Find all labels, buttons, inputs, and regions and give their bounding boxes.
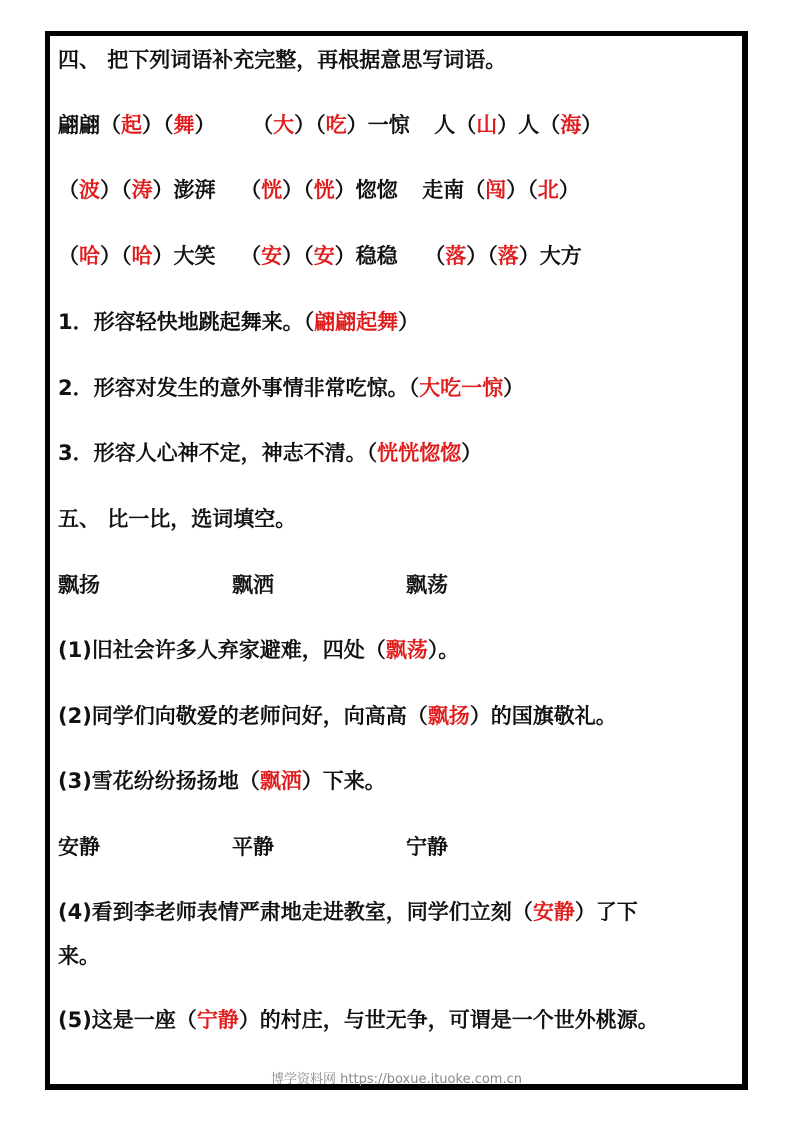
sentence-1: (1)旧社会许多人弃家避难，四处（飘荡）。 — [58, 636, 459, 664]
word-choice: 飘扬 — [58, 571, 100, 599]
idiom-row-1: 翩翩（起）（舞） （大）（吃）一惊 人（山）人（海） — [58, 111, 602, 139]
word-choice: 飘洒 — [232, 571, 274, 599]
idiom-2-3: 走南（闯）（北） — [422, 178, 580, 202]
watermark: 博学资料网 https://boxue.ituoke.com.cn — [0, 1068, 793, 1087]
idiom-1-3: 人（山）人（海） — [434, 113, 602, 137]
sentence-5: (5)这是一座（宁静）的村庄，与世无争，可谓是一个世外桃源。 — [58, 1006, 659, 1034]
answer: 翩翩起舞 — [314, 310, 398, 334]
answer: 安静 — [533, 900, 575, 924]
question-3: 3．形容人心神不定，神志不清。（恍恍惚惚） — [58, 439, 482, 467]
idiom-3-2: （安）（安）稳稳 — [240, 244, 398, 268]
idiom-2-2: （恍）（恍）惚惚 — [240, 178, 398, 202]
answer: 飘荡 — [386, 638, 428, 662]
idiom-1-2: （大）（吃）一惊 — [252, 113, 410, 137]
word-choices-1: 飘扬 飘洒 飘荡 — [58, 571, 658, 599]
sentence-3: (3)雪花纷纷扬扬地（飘洒）下来。 — [58, 767, 386, 795]
question-2: 2．形容对发生的意外事情非常吃惊。（大吃一惊） — [58, 374, 524, 402]
idiom-3-1: （哈）（哈）大笑 — [58, 244, 216, 268]
idiom-row-2: （波）（涛）澎湃 （恍）（恍）惚惚 走南（闯）（北） — [58, 176, 580, 204]
word-choice: 安静 — [58, 833, 100, 861]
word-choice: 飘荡 — [406, 571, 448, 599]
answer: 飘扬 — [428, 704, 470, 728]
word-choice: 宁静 — [406, 833, 448, 861]
word-choices-2: 安静 平静 宁静 — [58, 833, 658, 861]
idiom-3-3: （落）（落）大方 — [424, 244, 582, 268]
answer: 宁静 — [197, 1008, 239, 1032]
word-choice: 平静 — [232, 833, 274, 861]
idiom-row-3: （哈）（哈）大笑 （安）（安）稳稳 （落）（落）大方 — [58, 242, 582, 270]
idiom-1-1: 翩翩（起）（舞） — [58, 113, 216, 137]
answer: 飘洒 — [260, 769, 302, 793]
sentence-2: (2)同学们向敬爱的老师问好，向高高（飘扬）的国旗敬礼。 — [58, 702, 617, 730]
answer: 大吃一惊 — [419, 376, 503, 400]
question-1: 1．形容轻快地跳起舞来。（翩翩起舞） — [58, 308, 419, 336]
answer: 恍恍惚惚 — [377, 441, 461, 465]
sentence-4-continued: 来。 — [58, 942, 100, 970]
idiom-2-1: （波）（涛）澎湃 — [58, 178, 216, 202]
section-4-title: 四、 把下列词语补充完整，再根据意思写词语。 — [58, 46, 506, 74]
section-5-title: 五、 比一比，选词填空。 — [58, 505, 296, 533]
sentence-4: (4)看到李老师表情严肃地走进教室，同学们立刻（安静）了下 — [58, 898, 638, 926]
